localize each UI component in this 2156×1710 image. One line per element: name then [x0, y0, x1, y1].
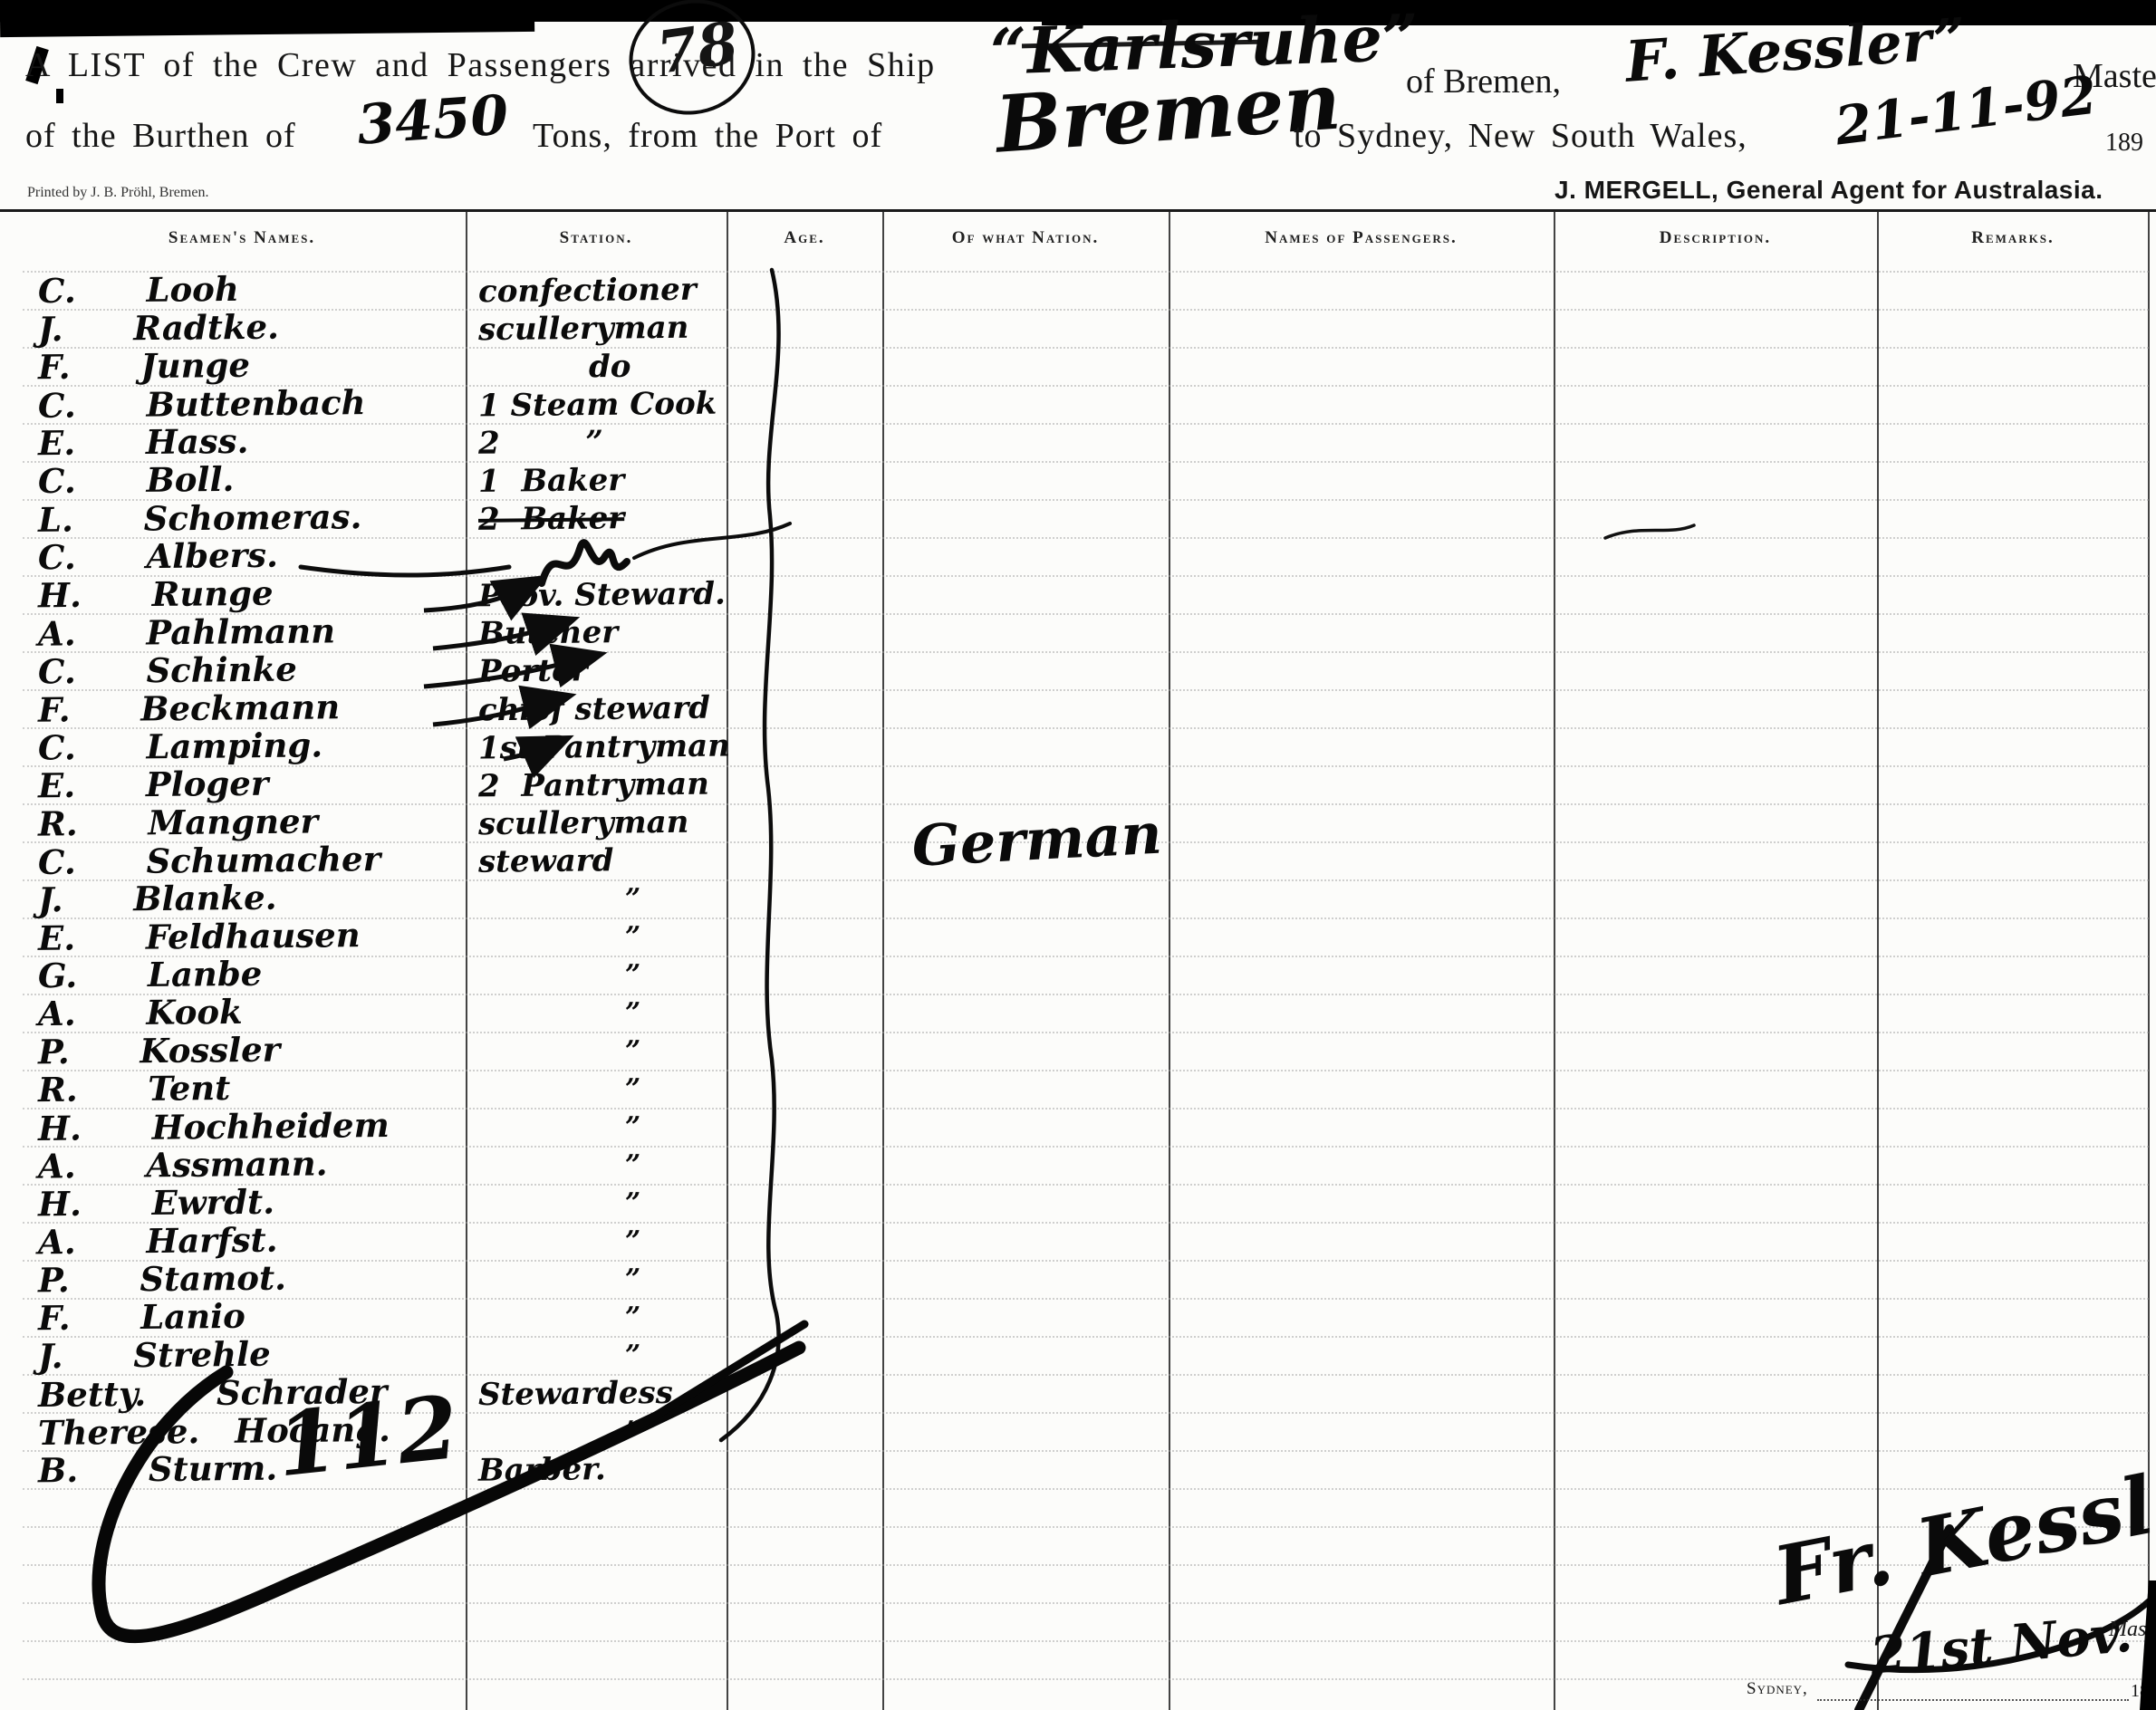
- table-row: C. Boll.1 Baker: [0, 462, 2149, 500]
- seaman-name: C. Schumacher: [38, 841, 380, 880]
- nation-note: German: [910, 801, 1163, 879]
- tons-port-label: Tons, from the Port of: [533, 116, 882, 156]
- scan-edge-bottom-right: [2140, 1580, 2156, 1710]
- seaman-name: C. Boll.: [38, 461, 235, 499]
- table-row: C. Lamping.1st Pantryman: [0, 728, 2149, 766]
- seaman-name: A. Kook: [38, 994, 243, 1032]
- table-row: H. Ewrdt.”: [0, 1185, 2149, 1223]
- seaman-name: C. Looh: [38, 271, 239, 309]
- agent-line: J. MERGELL, General Agent for Australasi…: [1554, 176, 2103, 205]
- station-value: 1 Baker: [478, 463, 625, 499]
- table-row: P. Stamot.”: [0, 1261, 2149, 1299]
- table-row: L. Schomeras.2 Baker: [0, 500, 2149, 538]
- station-value: sculleryman: [478, 311, 689, 347]
- col-station: Station.: [466, 228, 727, 248]
- title-line1: A LIST of the Crew and Passengers arrive…: [25, 45, 936, 85]
- table-row: A. Kook”: [0, 994, 2149, 1033]
- seaman-name: E. Ploger: [38, 765, 269, 804]
- sydney-label: Sydney,: [1747, 1679, 1808, 1699]
- station-value: ”: [625, 1301, 641, 1335]
- seaman-name: R. Mangner: [38, 802, 318, 841]
- table-row: J. Blanke.”: [0, 880, 2149, 918]
- table-row: P. Kossler”: [0, 1033, 2149, 1071]
- seaman-name: J. Strehle: [38, 1336, 271, 1375]
- table-row: E. Feldhausen”: [0, 918, 2149, 956]
- seaman-name: A. Pahlmann: [38, 612, 335, 651]
- station-value: ”: [625, 1186, 641, 1221]
- table-row: C. Albers.: [0, 538, 2149, 576]
- table-row: A. Assmann.”: [0, 1147, 2149, 1185]
- table-row: E. Hass.2 ”: [0, 424, 2149, 462]
- seaman-name: P. Stamot.: [38, 1260, 286, 1299]
- seaman-name: L. Schomeras.: [38, 498, 362, 538]
- station-value: Stewardess: [478, 1376, 673, 1412]
- station-value: Prov. Steward.: [478, 577, 726, 614]
- seaman-name: H. Ewrdt.: [38, 1184, 274, 1223]
- station-value: do: [589, 350, 631, 384]
- table-row: C. Loohconfectioner: [0, 272, 2149, 310]
- footer-dotted-leader: [1817, 1699, 2129, 1701]
- station-value: ”: [625, 958, 641, 993]
- seaman-name: J. Radtke.: [38, 309, 279, 348]
- table-row: F. Jungedo: [0, 348, 2149, 386]
- header-rule: [0, 209, 2156, 212]
- table-row: H. Hochheidem”: [0, 1109, 2149, 1147]
- table-row: F. Beckmannchief steward: [0, 690, 2149, 728]
- ruling-line: [23, 1640, 2149, 1642]
- station-value: Porter: [478, 653, 588, 688]
- station-value: ”: [625, 920, 641, 955]
- footer-date: 21st Nov.: [1868, 1604, 2134, 1686]
- station-value: ”: [625, 1339, 641, 1373]
- destination-label: to Sydney, New South Wales,: [1294, 116, 1747, 156]
- station-value: 2 Baker: [478, 501, 625, 537]
- seaman-name: H. Runge: [38, 575, 274, 614]
- seaman-name: P. Kossler: [38, 1032, 281, 1071]
- col-age: Age.: [727, 228, 882, 248]
- scan-speck-left2: [56, 89, 63, 103]
- seaman-name: E. Hass.: [38, 423, 249, 461]
- col-seamens-names: Seamen's Names.: [18, 228, 466, 248]
- table-row: F. Lanio”: [0, 1299, 2149, 1337]
- station-value: ”: [625, 1034, 641, 1069]
- burthen-label: of the Burthen of: [25, 116, 296, 156]
- seaman-name: H. Hochheidem: [38, 1107, 390, 1147]
- arrival-date: 21-11-92: [1832, 64, 2100, 158]
- seaman-name: F. Beckmann: [38, 688, 341, 727]
- table-row: H. RungeProv. Steward.: [0, 576, 2149, 614]
- station-value: sculleryman: [478, 805, 689, 841]
- table-row: A. PahlmannButcher: [0, 614, 2149, 652]
- station-value: 2 Pantryman: [478, 767, 709, 804]
- seaman-name: F. Junge: [38, 347, 250, 385]
- station-value: ”: [625, 1072, 641, 1107]
- seaman-name: R. Tent: [38, 1070, 231, 1108]
- ruling-line: [23, 1678, 2149, 1680]
- printer-credit: Printed by J. B. Pröhl, Bremen.: [27, 185, 208, 201]
- station-value: ”: [625, 1263, 641, 1297]
- station-value: steward: [478, 843, 614, 879]
- col-remarks: Remarks.: [1877, 228, 2149, 248]
- station-value: 1 Steam Cook: [478, 387, 717, 424]
- seaman-name: C. Lamping.: [38, 726, 323, 765]
- station-value: ”: [625, 1148, 641, 1183]
- station-value: chief steward: [478, 691, 710, 728]
- title-line1-mid: of Bremen,: [1406, 62, 1561, 101]
- station-value: ”: [625, 1225, 641, 1259]
- crew-count-annotation: 112: [272, 1376, 463, 1496]
- table-row: E. Ploger2 Pantryman: [0, 766, 2149, 804]
- printed-year-stub: 189: [2105, 129, 2143, 158]
- seaman-name: B. Sturm.: [38, 1450, 278, 1489]
- ship-manifest-document: 78 A LIST of the Crew and Passengers arr…: [0, 0, 2156, 1710]
- seaman-name: J. Blanke.: [38, 879, 277, 918]
- seaman-name: A. Harfst.: [38, 1222, 278, 1261]
- seaman-name: A. Assmann.: [38, 1145, 328, 1184]
- table-row: C. SchinkePorter: [0, 652, 2149, 690]
- table-row: G. Lanbe”: [0, 956, 2149, 994]
- station-value: 2 ”: [478, 425, 603, 460]
- seaman-name: C. Schinke: [38, 651, 297, 690]
- station-value: Butcher: [478, 615, 619, 651]
- table-row: A. Harfst.”: [0, 1223, 2149, 1261]
- tonnage-value: 3450: [355, 83, 510, 157]
- table-row: J. Radtke.sculleryman: [0, 310, 2149, 348]
- seaman-name: C. Albers.: [38, 537, 278, 576]
- table-row: C. Buttenbach1 Steam Cook: [0, 386, 2149, 424]
- table-row: R. Tent”: [0, 1071, 2149, 1109]
- seaman-name: E. Feldhausen: [38, 917, 361, 956]
- station-value: confectioner: [478, 273, 697, 310]
- station-value: ”: [625, 1415, 641, 1449]
- station-value: 1st Pantryman: [478, 729, 730, 766]
- seaman-name: G. Lanbe: [38, 956, 263, 994]
- station-value: ”: [625, 882, 641, 917]
- scan-edge-top-left: [0, 0, 534, 37]
- col-passengers: Names of Passengers.: [1169, 228, 1554, 248]
- station-value: ”: [625, 996, 641, 1031]
- col-description: Description.: [1554, 228, 1877, 248]
- seaman-name: F. Lanio: [38, 1298, 245, 1336]
- col-nation: Of what Nation.: [882, 228, 1169, 248]
- station-value: ”: [625, 1110, 641, 1145]
- station-value: Barber.: [478, 1452, 606, 1487]
- seaman-name: C. Buttenbach: [38, 384, 366, 424]
- table-row: J. Strehle”: [0, 1337, 2149, 1375]
